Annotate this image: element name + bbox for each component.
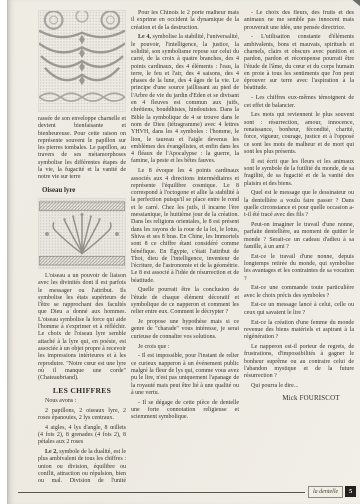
journal-title: la dentelle <box>308 486 343 498</box>
section-heading-oiseau-lyre: Oiseau lyre <box>42 187 126 194</box>
paragraph-conclusion: Quelle pourrait être la conclusion de l'… <box>131 287 239 316</box>
paragraph-items-4: 4 aigles, 4 lys d'angle, 8 œillets (4 fo… <box>38 425 126 447</box>
paragraph-qui-pourra: Qui pourra le dire... <box>244 383 354 390</box>
paragraph-items-2: 2 papillons, 2 oiseaux lyre, 2 roses épa… <box>38 408 126 423</box>
paragraph-impossible: - Il est impossible, pour l'instant de r… <box>131 353 239 397</box>
paragraph-femme: Est-ce la création d'une femme du monde … <box>244 320 354 342</box>
column-middle: Pour les Chinois le 2 porte malheur mais… <box>131 10 239 484</box>
paragraph-le-8: Le 8 évoque les 4 points cardinaux assoc… <box>131 168 239 285</box>
lead-le-2: Le 2, <box>45 449 58 455</box>
lace-photo-papillon <box>38 10 126 112</box>
author-signature: Mick FOURISCOT <box>244 395 354 402</box>
section-heading-les-chiffres: LES CHIFFRES <box>38 387 126 394</box>
paragraph-degage: - Il se dégage de cette pièce de dentell… <box>131 400 239 422</box>
paragraph-lance: Est-ce un message lancé à celui, celle o… <box>244 302 354 317</box>
scan-corner-mark <box>348 0 360 7</box>
paragraph-nous-avons: Nous avons : <box>38 398 126 405</box>
footer-badge: la dentelle 5 <box>305 485 359 498</box>
scanned-page: rassée de son enveloppe charnelle et dev… <box>7 0 360 504</box>
paragraph-le-4: Le 4, symbolise la stabilité, l'universa… <box>131 34 239 165</box>
lace-photo-oiseau-lyre <box>38 198 126 269</box>
paragraph-choix: - Le choix des fleurs, des fruits et des… <box>244 10 354 32</box>
paragraph-napperon: Le napperon est-il porteur de regrets, d… <box>244 344 354 380</box>
paragraph-mots: Les mots qui reviennent le plus souvent … <box>244 112 354 156</box>
text-le-4: symbolise la stabilité, l'universalité, … <box>131 34 239 164</box>
paragraph-message: Quel est le message que le dessinateur o… <box>244 190 354 219</box>
paragraph-nonne-2: Est-ce le travail d'une nonne, depuis lo… <box>244 254 354 283</box>
column-right: - Le choix des fleurs, des fruits et des… <box>244 10 354 482</box>
paragraph-chiffres-balancier: - Les chiffres eux-mêmes témoignent de c… <box>244 95 354 110</box>
paragraph-papillon-continuation: rassée de son enveloppe charnelle et dev… <box>38 116 126 182</box>
page-number: 5 <box>345 486 356 497</box>
paragraph-hypothese: Je propose une hypothèse mais si ce genr… <box>131 319 239 341</box>
paragraph-oiseau: L'oiseau a un pouvoir de liaison avec le… <box>38 273 126 382</box>
paragraph-nonne-1: Peut-on imaginer le travail d'une nonne,… <box>244 222 354 251</box>
paragraph-le-2: Le 2, symbole de la dualité, est le plus… <box>38 449 126 482</box>
lead-le-4: Le 4, <box>138 34 151 40</box>
column-left: rassée de son enveloppe charnelle et dev… <box>38 10 126 482</box>
paragraph-chinois: Pour les Chinois le 2 porte malheur mais… <box>131 10 239 32</box>
paragraph-ecrit: Il est écrit que les fleurs et les anima… <box>244 159 354 188</box>
paragraph-je-crois: Je crois que : <box>131 344 239 351</box>
paragraph-commande: Est-ce une commande toute particulière a… <box>244 285 354 300</box>
paragraph-utilisation: - L'utilisation constante d'éléments amb… <box>244 34 354 92</box>
